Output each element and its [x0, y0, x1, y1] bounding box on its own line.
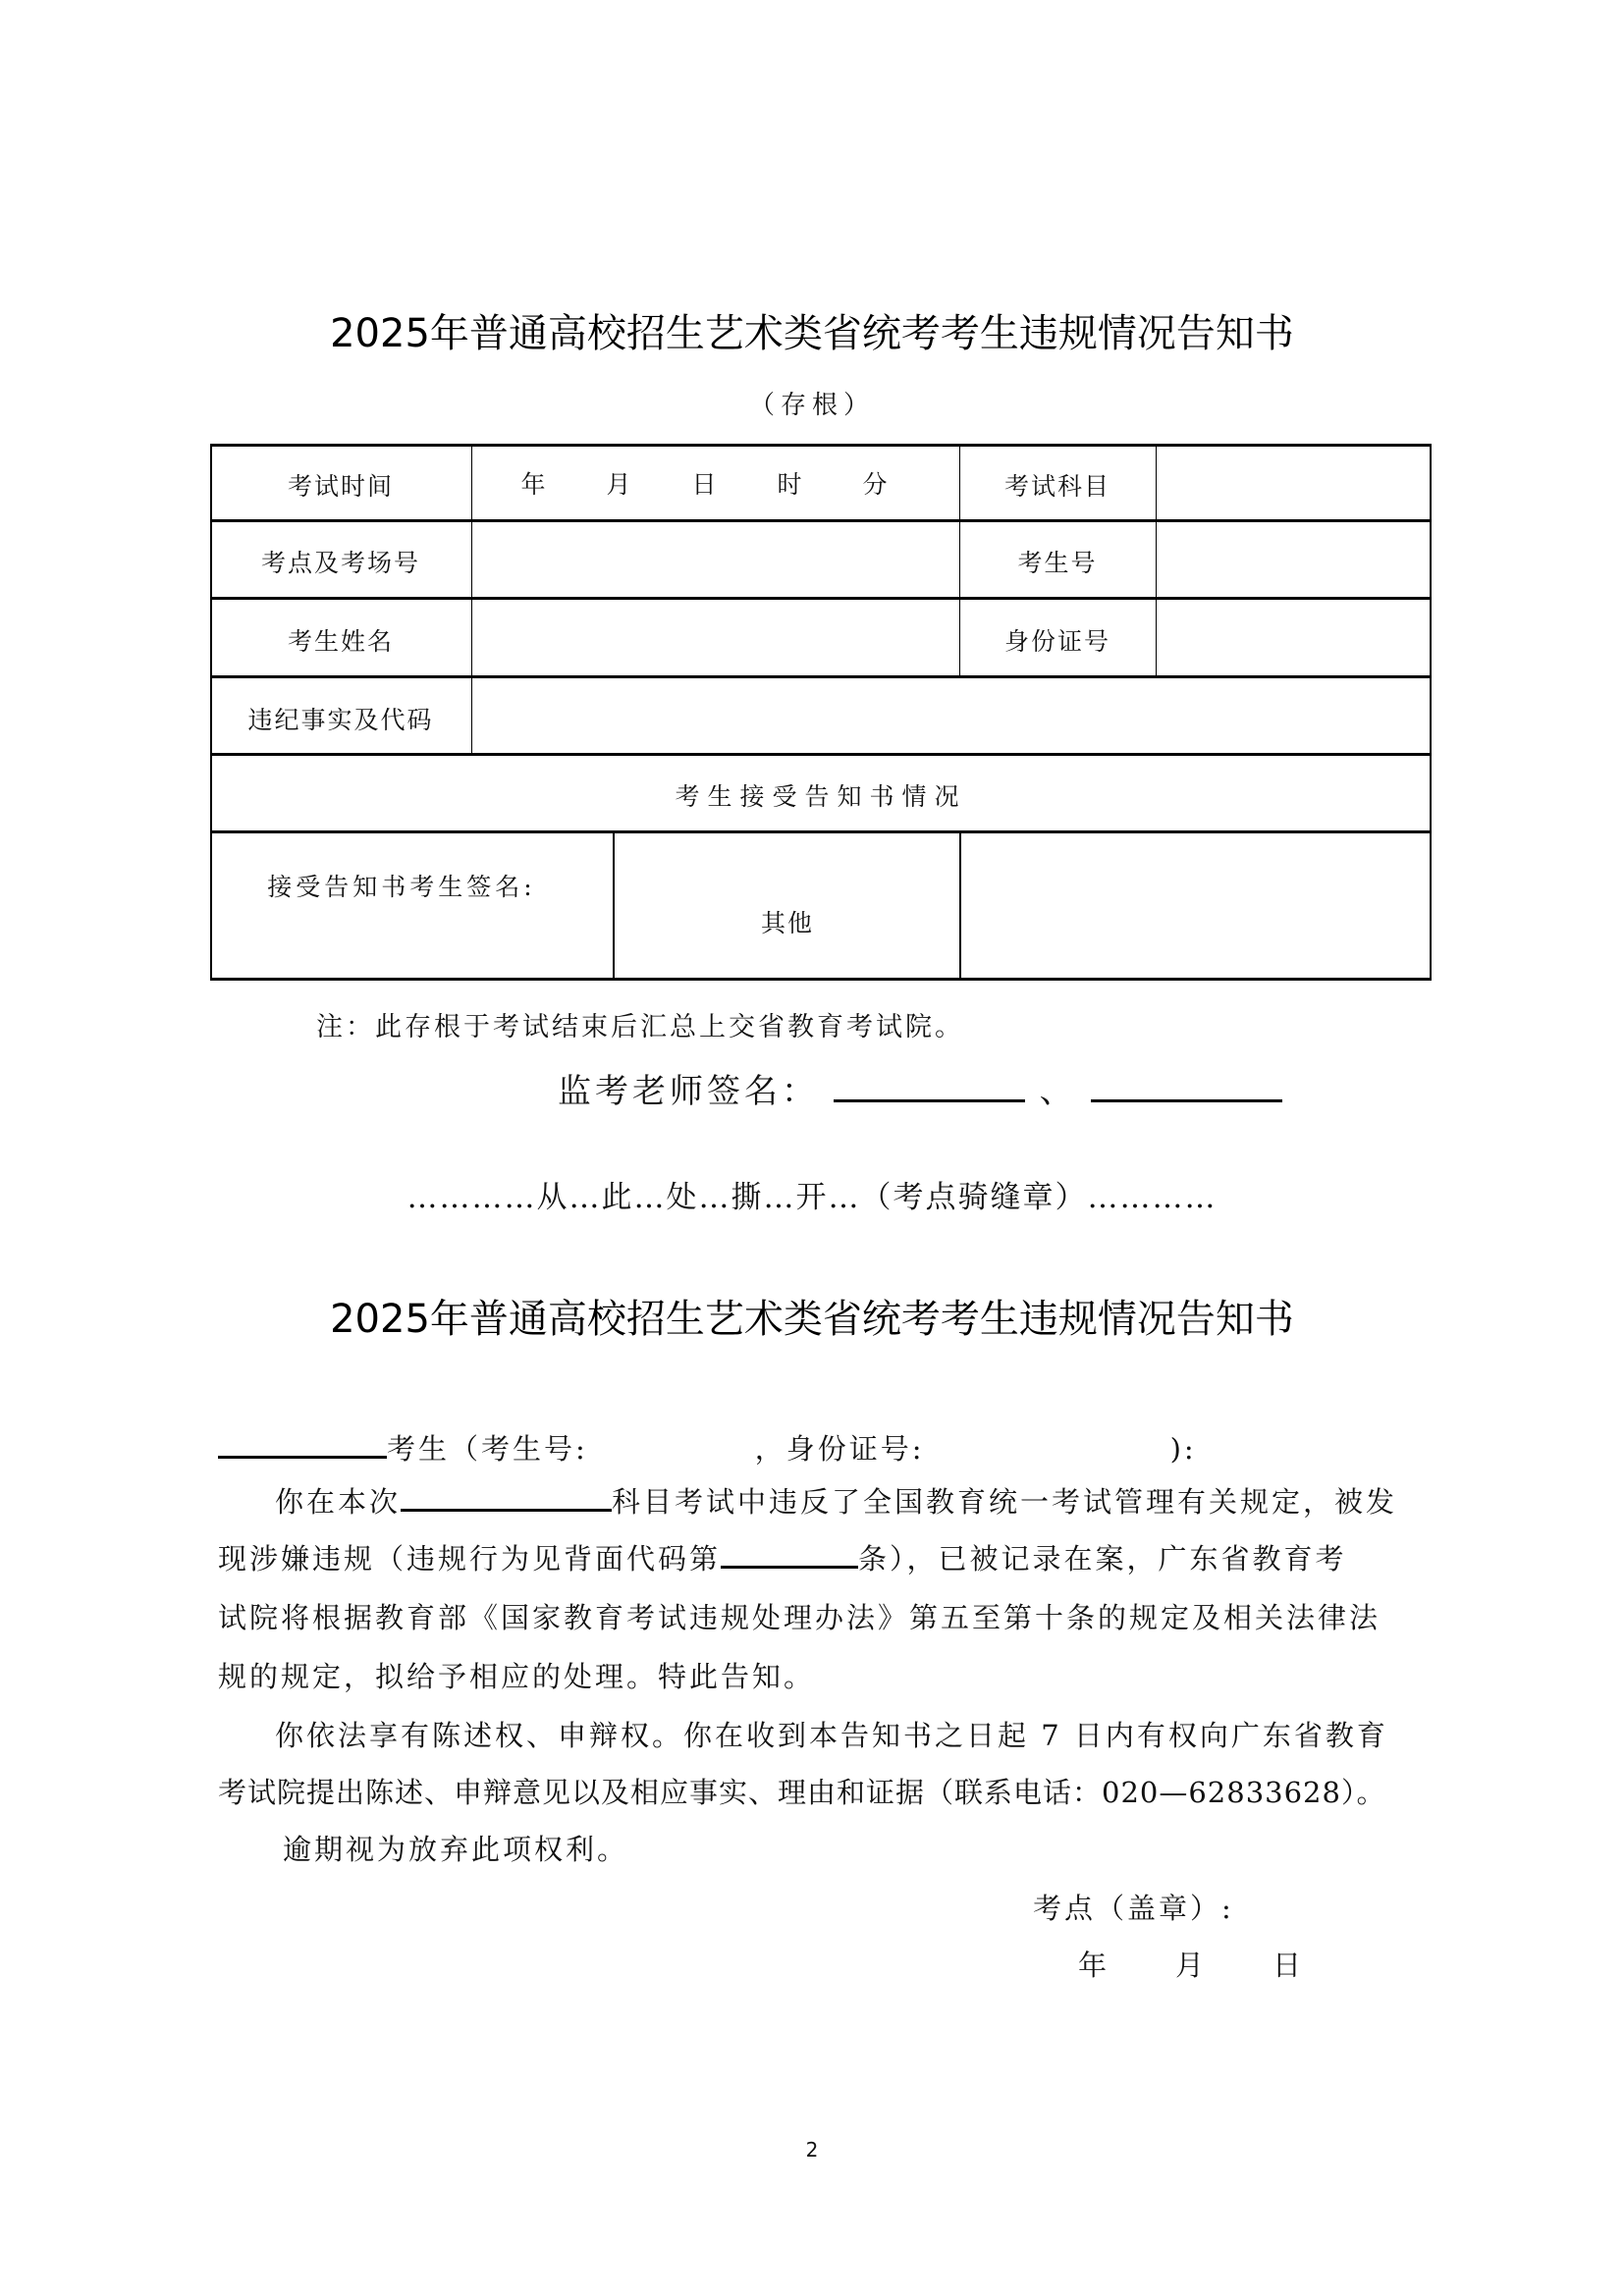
- table-col-divider: [1156, 444, 1157, 677]
- exam-time-field[interactable]: 年 月 日 时 分: [520, 465, 891, 501]
- notice-title: 2025年普通高校招生艺术类省统考考生违规情况告知书: [0, 1288, 1624, 1344]
- candidate-name-blank[interactable]: [218, 1430, 387, 1459]
- table-col-divider: [959, 444, 960, 677]
- table-row-divider: [210, 753, 1432, 756]
- table-row-divider: [210, 830, 1432, 833]
- candidate-number-label: 考生（考生号:: [387, 1432, 588, 1466]
- exam-subject-blank[interactable]: [401, 1483, 612, 1512]
- table-border-left: [210, 444, 212, 980]
- addressee-end: ):: [1170, 1432, 1197, 1466]
- section-acceptance-header: 考生接受告知书情况: [675, 777, 966, 813]
- label-exam-subject: 考试科目: [1004, 467, 1110, 503]
- label-id-number: 身份证号: [1004, 622, 1110, 658]
- table-border-top: [210, 444, 1432, 447]
- label-other: 其他: [761, 904, 814, 939]
- table-border-right: [1430, 444, 1432, 980]
- supervisor-signature-field-1[interactable]: [834, 1070, 1025, 1102]
- label-violation-facts: 违纪事实及代码: [247, 701, 433, 736]
- label-candidate-signature: 接受告知书考生签名:: [267, 868, 535, 903]
- label-candidate-name: 考生姓名: [288, 622, 394, 658]
- id-number-label: ，身份证号:: [755, 1432, 925, 1466]
- date-label: 年 月 日: [1078, 1944, 1305, 1984]
- notice-para1-line3: 试院将根据教育部《国家教育考试违规处理办法》第五至第十条的规定及相关法律法: [218, 1596, 1380, 1636]
- stub-subtitle: （存根）: [0, 385, 1624, 421]
- label-venue-room: 考点及考场号: [261, 544, 420, 579]
- tear-line: …………从…此…处…撕…开…（考点骑缝章）…………: [0, 1172, 1624, 1216]
- supervisor-signature-line: 监考老师签名： 、: [558, 1064, 1282, 1112]
- table-row-divider: [210, 597, 1432, 600]
- stub-table: 考试时间 年 月 日 时 分 考试科目 考点及考场号 考生号 考生姓名 身份证号…: [210, 444, 1432, 980]
- supervisor-signature-label: 监考老师签名：: [558, 1072, 819, 1111]
- label-exam-time: 考试时间: [288, 467, 394, 503]
- notice-para1-line2: 现涉嫌违规（违规行为见背面代码第条），已被记录在案，广东省教育考: [218, 1537, 1347, 1577]
- notice-para1-line4: 规的规定，拟给予相应的处理。特此告知。: [218, 1655, 815, 1695]
- label-candidate-number: 考生号: [1017, 544, 1097, 579]
- notice-para2-line1: 你依法享有陈述权、申辩权。你在收到本告知书之日起 7 日内有权向广东省教育: [275, 1714, 1388, 1754]
- para1-line2-prefix: 现涉嫌违规（违规行为见背面代码第: [218, 1542, 721, 1575]
- violation-code-blank[interactable]: [721, 1540, 858, 1569]
- notice-addressee-line: 考生（考生号:，身份证号:):: [218, 1427, 1197, 1468]
- notice-para2-line3: 逾期视为放弃此项权利。: [283, 1828, 628, 1868]
- para1-prefix: 你在本次: [275, 1485, 401, 1519]
- stub-title: 2025年普通高校招生艺术类省统考考生违规情况告知书: [0, 302, 1624, 358]
- para1-suffix: 科目考试中违反了全国教育统一考试管理有关规定，被发: [612, 1485, 1397, 1519]
- seal-label: 考点（盖章）:: [1033, 1887, 1234, 1927]
- table-col-divider: [613, 830, 615, 980]
- table-col-divider: [471, 675, 472, 754]
- table-row-divider: [210, 519, 1432, 522]
- table-col-divider: [959, 830, 961, 980]
- stub-note: 注：此存根于考试结束后汇总上交省教育考试院。: [316, 1005, 964, 1043]
- supervisor-signature-separator: 、: [1040, 1072, 1077, 1111]
- table-border-bottom: [210, 978, 1432, 981]
- supervisor-signature-field-2[interactable]: [1091, 1070, 1282, 1102]
- page-number: 2: [0, 2138, 1624, 2162]
- para1-line2-suffix: 条），已被记录在案，广东省教育考: [858, 1542, 1347, 1575]
- notice-para2-line2: 考试院提出陈述、申辩意见以及相应事实、理由和证据（联系电话：020—628336…: [218, 1771, 1385, 1811]
- table-col-divider: [471, 444, 472, 677]
- notice-para1-line1: 你在本次科目考试中违反了全国教育统一考试管理有关规定，被发: [275, 1480, 1397, 1521]
- table-row-divider: [210, 675, 1432, 678]
